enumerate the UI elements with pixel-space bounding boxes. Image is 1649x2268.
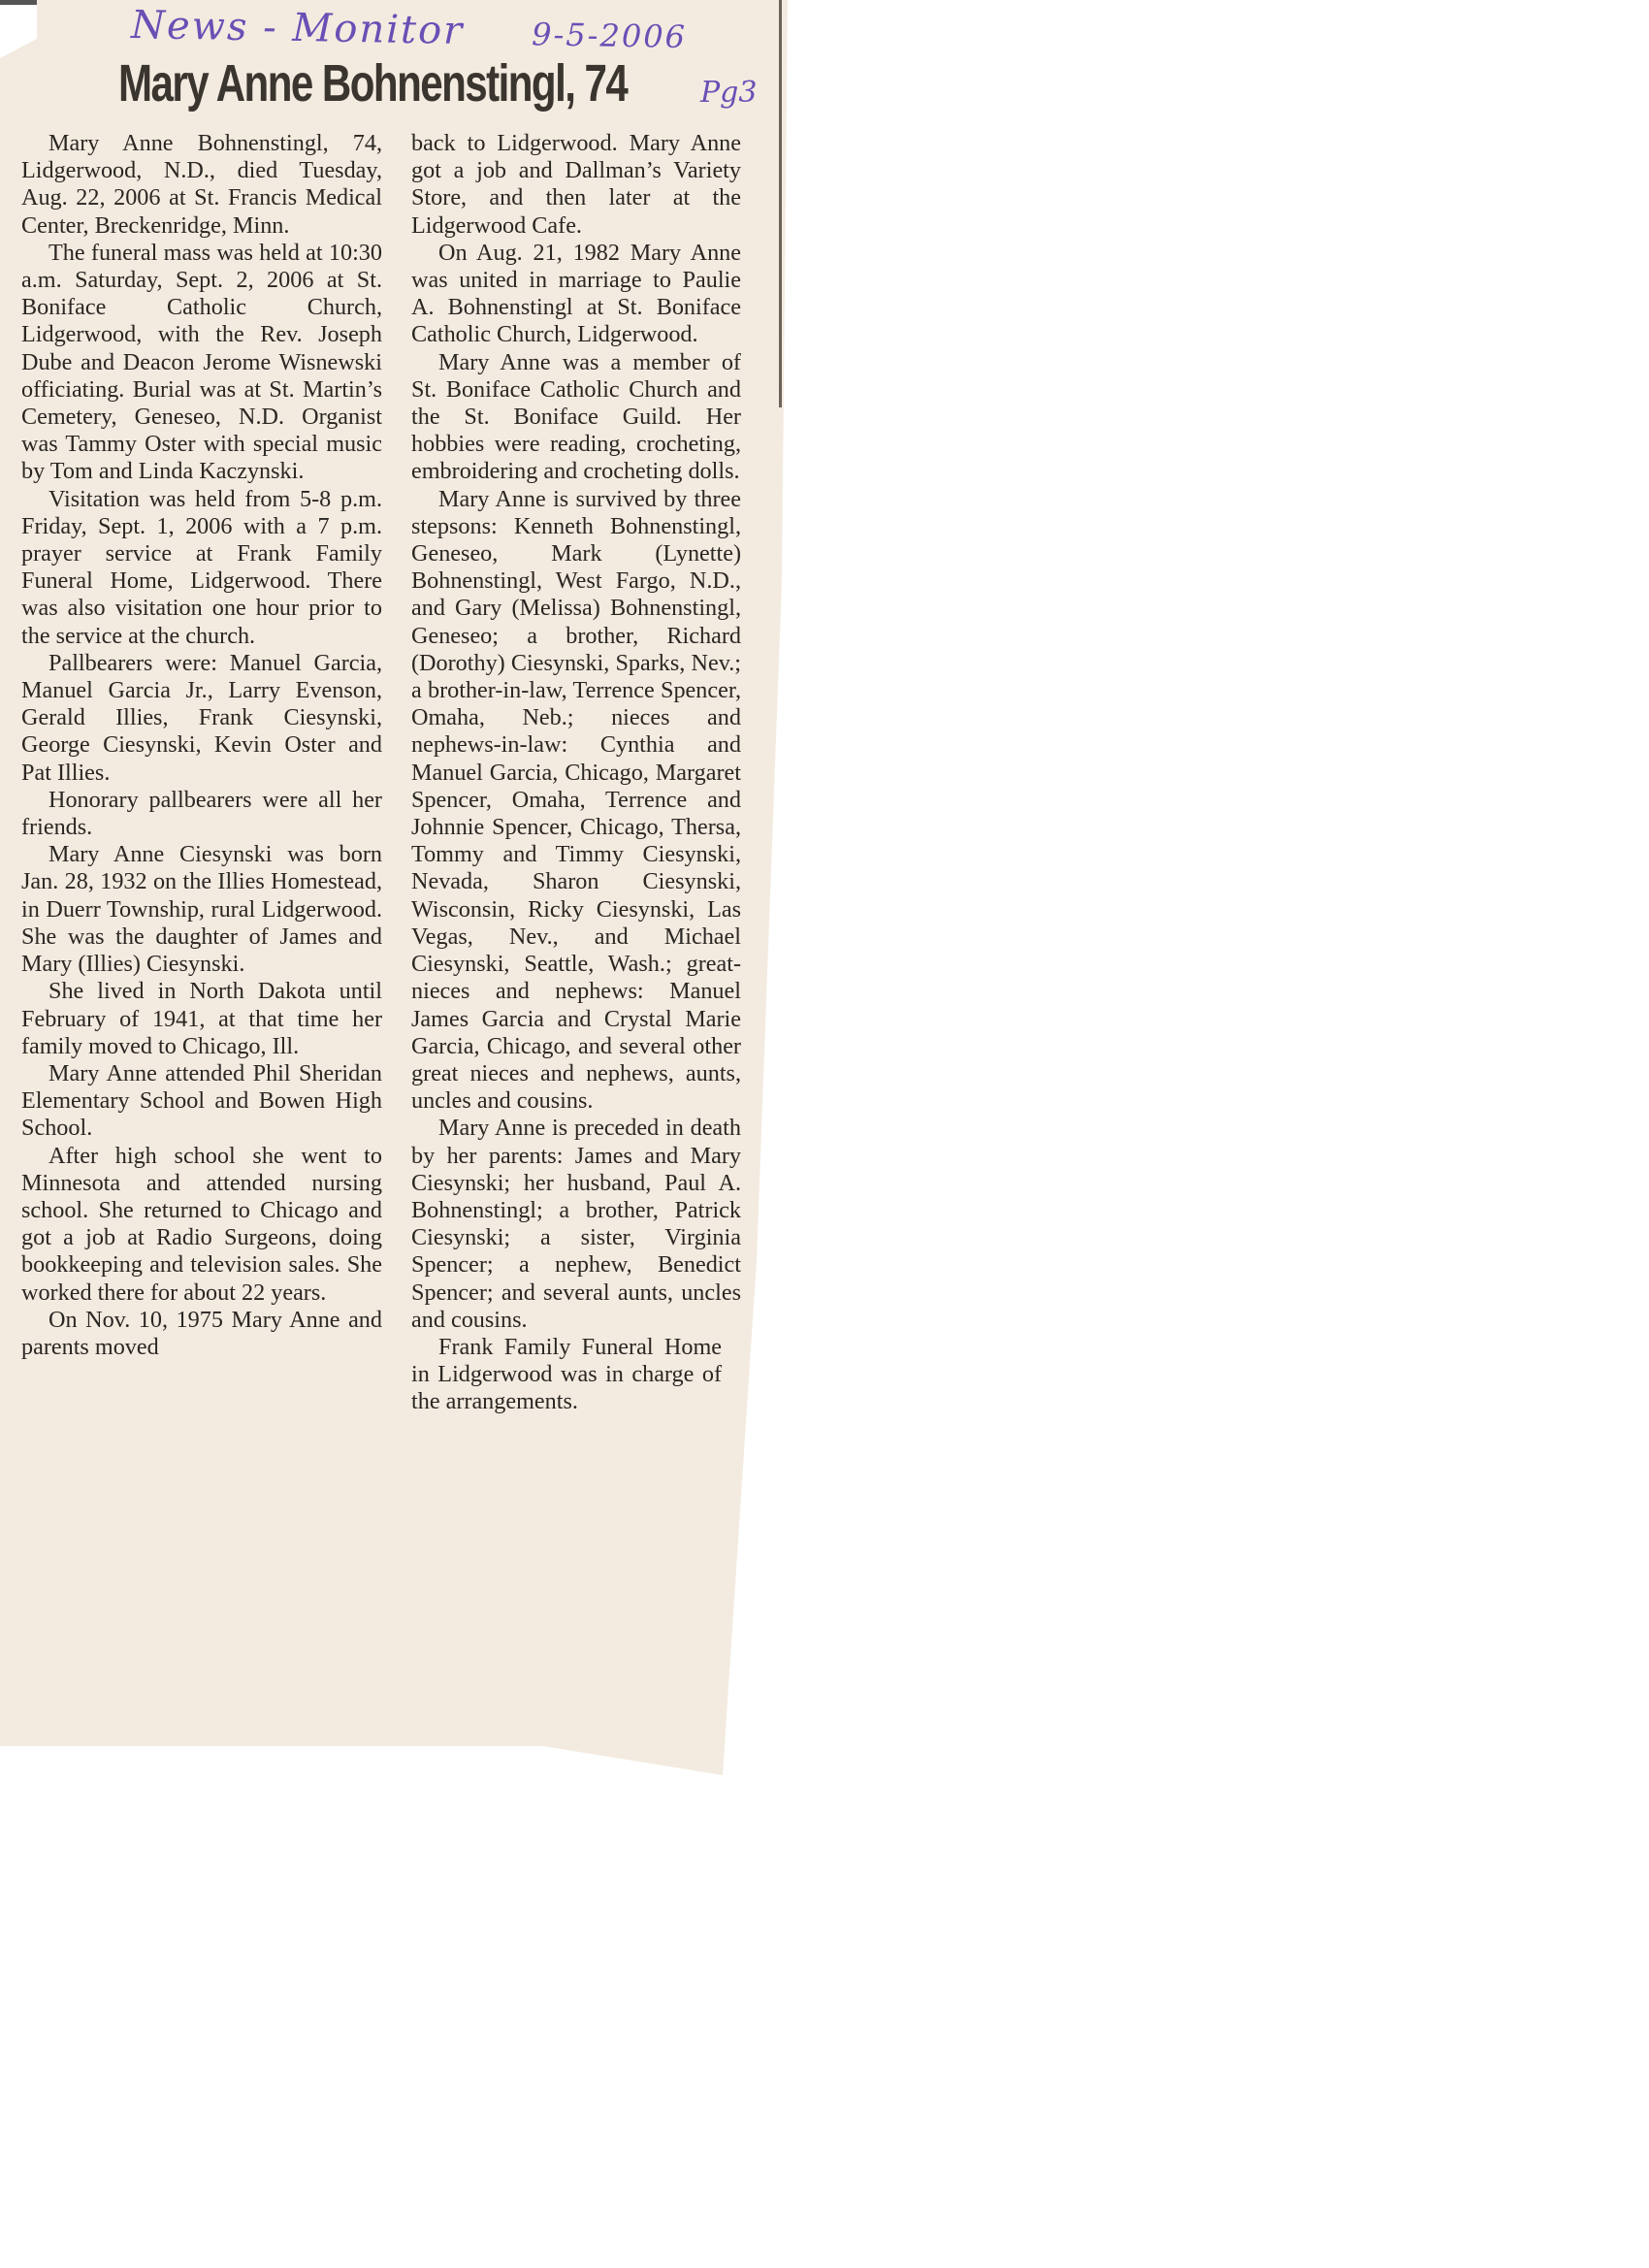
paragraph-birth: Mary Anne Ciesynski was born Jan. 28, 19… (21, 841, 382, 978)
paragraph-move-back-continued: back to Lidgerwood. Mary Anne got a job … (411, 130, 741, 240)
paragraph-preceded-in-death: Mary Anne is preceded in death by her pa… (411, 1115, 741, 1334)
handwritten-date: 9-5-2006 (532, 16, 687, 55)
paragraph-death-notice: Mary Anne Bohnenstingl, 74, Lidgerwood, … (21, 130, 382, 240)
paragraph-survivors: Mary Anne is survived by three stepsons:… (411, 486, 741, 1116)
paragraph-education: Mary Anne attended Phil Sheridan Element… (21, 1060, 382, 1143)
scan-corner-mark (0, 0, 37, 5)
left-column: Mary Anne Bohnenstingl, 74, Lidgerwood, … (21, 130, 382, 1361)
column-border-rule (779, 0, 782, 407)
paragraph-funeral-mass: The funeral mass was held at 10:30 a.m. … (21, 240, 382, 486)
handwritten-page-number: Pg3 (700, 76, 757, 110)
paragraph-pallbearers: Pallbearers were: Manuel Garcia, Manuel … (21, 650, 382, 787)
paragraph-career: After high school she went to Minnesota … (21, 1143, 382, 1307)
paragraph-early-life: She lived in North Dakota until February… (21, 978, 382, 1060)
handwritten-publication: News - Monitor (131, 3, 465, 53)
paragraph-marriage: On Aug. 21, 1982 Mary Anne was united in… (411, 240, 741, 349)
paragraph-membership-hobbies: Mary Anne was a member of St. Boniface C… (411, 349, 741, 486)
paragraph-arrangements: Frank Family Funeral Home in Lidgerwood … (411, 1334, 722, 1416)
right-column: back to Lidgerwood. Mary Anne got a job … (411, 130, 741, 1416)
obituary-headline: Mary Anne Bohnenstingl, 74 (118, 53, 627, 113)
paragraph-move-back: On Nov. 10, 1975 Mary Anne and parents m… (21, 1307, 382, 1361)
paragraph-visitation: Visitation was held from 5-8 p.m. Friday… (21, 486, 382, 650)
paragraph-honorary-pallbearers: Honorary pallbearers were all her friend… (21, 787, 382, 841)
